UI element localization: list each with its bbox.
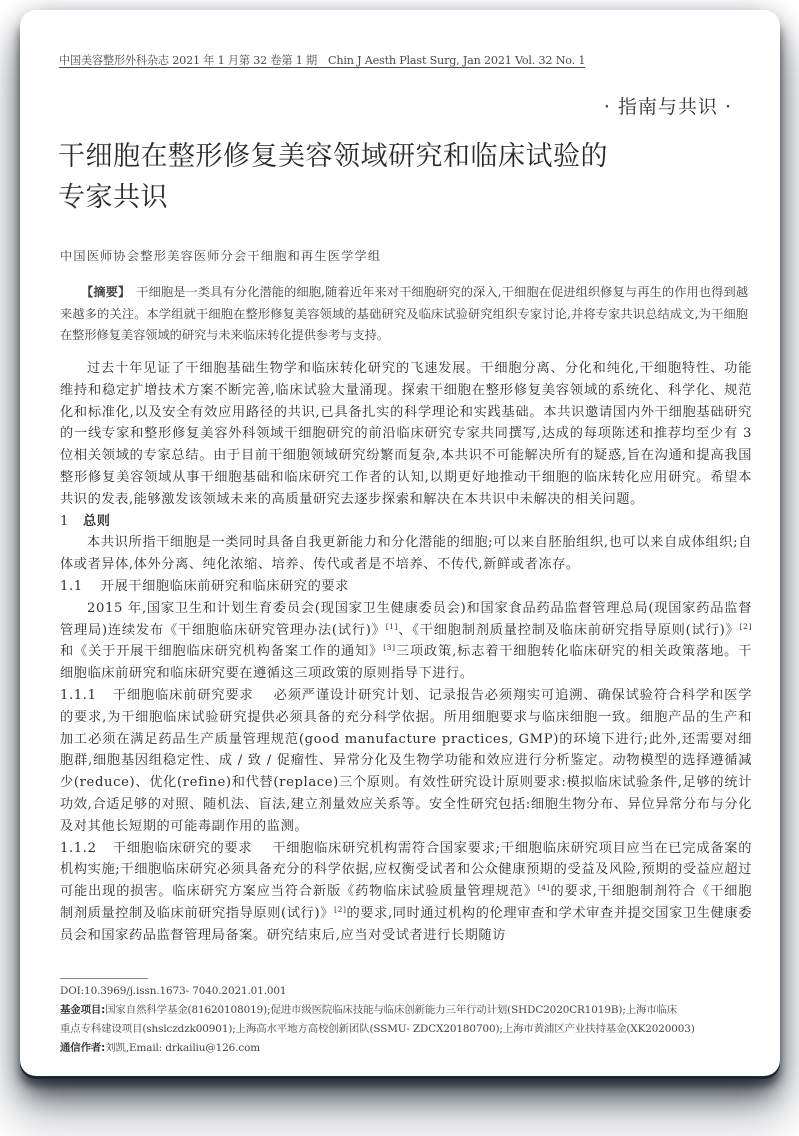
funding-line-1: 基金项目:国家自然科学基金(81620108019);促进市级医院临床技能与临床…	[60, 1001, 760, 1020]
running-head: 中国美容整形外科杂志 2021 年 1 月第 32 卷第 1 期 Chin J …	[59, 52, 585, 68]
article-body: 过去十年见证了干细胞基础生物学和临床转化研究的飞速发展。干细胞分离、分化和纯化,…	[60, 358, 752, 947]
section-1-1-heading: 1.1开展干细胞临床前研究和临床研究的要求	[60, 576, 752, 598]
title-line-1: 干细胞在整形修复美容领域研究和临床试验的	[58, 141, 608, 172]
section-number: 1.1.1	[60, 688, 97, 703]
citation-ref-2[interactable]: [2]	[740, 622, 752, 631]
funding-text: 国家自然科学基金(81620108019);促进市级医院临床技能与临床创新能力三…	[105, 1004, 677, 1016]
abstract-text: 干细胞是一类具有分化潜能的细胞,随着近年来对干细胞研究的深入,干细胞在促进组织修…	[60, 285, 748, 342]
citation-ref-1[interactable]: [1]	[386, 622, 398, 631]
section-number: 1.1	[60, 579, 83, 594]
intro-paragraph: 过去十年见证了干细胞基础生物学和临床转化研究的飞速发展。干细胞分离、分化和纯化,…	[60, 358, 752, 511]
document-page: 中国美容整形外科杂志 2021 年 1 月第 32 卷第 1 期 Chin J …	[20, 10, 780, 1076]
section-title: 干细胞临床前研究要求	[113, 688, 254, 703]
title-line-2: 专家共识	[58, 182, 168, 213]
text-run: 和《关于开展干细胞临床研究机构备案工作的通知》	[60, 644, 383, 659]
author-group: 中国医师协会整形美容医师分会干细胞和再生医学学组	[60, 247, 381, 264]
abstract: 【摘要】干细胞是一类具有分化潜能的细胞,随着近年来对干细胞研究的深入,干细胞在促…	[60, 282, 748, 347]
section-number: 1.1.2	[60, 841, 97, 856]
section-title: 干细胞临床研究的要求	[113, 841, 253, 856]
footnotes: DOI:10.3969/j.issn.1673- 7040.2021.01.00…	[60, 982, 760, 1058]
section-1-1-paragraph: 2015 年,国家卫生和计划生育委员会(现国家卫生健康委员会)和国家食品药品监督…	[60, 598, 752, 685]
section-1-1-1-paragraph: 1.1.1干细胞临床前研究要求必须严谨设计研究计划、记录报告必须翔实可追溯、确保…	[60, 685, 752, 838]
section-tag: · 指南与共识 ·	[604, 92, 732, 119]
section-number: 1	[60, 514, 69, 529]
section-1-1-2-paragraph: 1.1.2干细胞临床研究的要求干细胞临床研究机构需符合国家要求;干细胞临床研究项…	[60, 838, 752, 947]
footnote-divider	[60, 978, 148, 979]
article-title: 干细胞在整形修复美容领域研究和临床试验的 专家共识	[58, 136, 718, 218]
citation-ref-2[interactable]: [2]	[334, 905, 346, 914]
section-title: 总则	[83, 514, 111, 529]
section-1-heading: 1总则	[60, 511, 752, 533]
funding-label: 基金项目:	[60, 1004, 105, 1016]
section-title: 开展干细胞临床前研究和临床研究的要求	[101, 579, 349, 594]
section-1-paragraph: 本共识所指干细胞是一类同时具备自我更新能力和分化潜能的细胞;可以来自胚胎组织,也…	[60, 532, 752, 576]
text-run: 、《干细胞制剂质量控制及临床前研究指导原则(试行)》	[398, 623, 739, 638]
corresponding-label: 通信作者:	[60, 1042, 105, 1054]
corresponding-text: 刘凯,Email: drkailiu@126.com	[105, 1042, 260, 1054]
doi: DOI:10.3969/j.issn.1673- 7040.2021.01.00…	[60, 982, 760, 1001]
abstract-label: 【摘要】	[81, 285, 130, 299]
corresponding-author: 通信作者:刘凯,Email: drkailiu@126.com	[60, 1039, 760, 1058]
citation-ref-4[interactable]: [4]	[538, 883, 550, 892]
funding-line-2: 重点专科建设项目(shslczdzk00901);上海高水平地方高校创新团队(S…	[60, 1020, 760, 1039]
text-run: 必须严谨设计研究计划、记录报告必须翔实可追溯、确保试验符合科学和医学的要求,为干…	[60, 688, 752, 834]
citation-ref-3[interactable]: [3]	[383, 643, 395, 652]
